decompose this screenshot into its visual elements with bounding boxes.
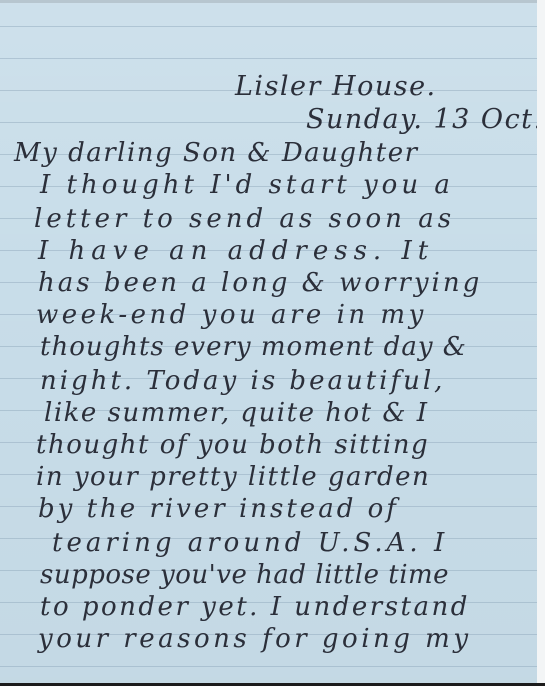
body-line: week-end you are in my [36,302,427,328]
letter-date: Sunday. 13 Oct. [306,106,537,133]
body-line: letter to send as soon as [34,206,455,232]
body-line: night. Today is beautiful, [40,368,445,394]
salutation: My darling Son & Daughter [14,140,419,166]
body-line: has been a long & worrying [38,270,482,296]
ruled-line [0,58,537,59]
letter-page: Lisler House. Sunday. 13 Oct. My darling… [0,0,537,683]
body-line: suppose you've had little time [40,562,449,588]
sender-address: Lisler House. [235,73,437,100]
paper-top-edge [0,0,537,3]
ruled-line [0,666,537,667]
body-line: like summer, quite hot & I [44,400,429,426]
ruled-line [0,26,537,27]
body-line: thoughts every moment day & [40,334,467,360]
body-line: in your pretty little garden [36,464,430,490]
body-line: thought of you both sitting [36,432,429,458]
scan-margin-right [537,0,545,683]
body-line: I thought I'd start you a [40,172,454,198]
body-line: your reasons for going my [38,626,472,652]
body-line: by the river instead of [38,496,399,522]
body-line: I have an address. It [38,238,434,264]
body-line: to ponder yet. I understand [40,594,470,620]
body-line: tearing around U.S.A. I [52,530,448,556]
